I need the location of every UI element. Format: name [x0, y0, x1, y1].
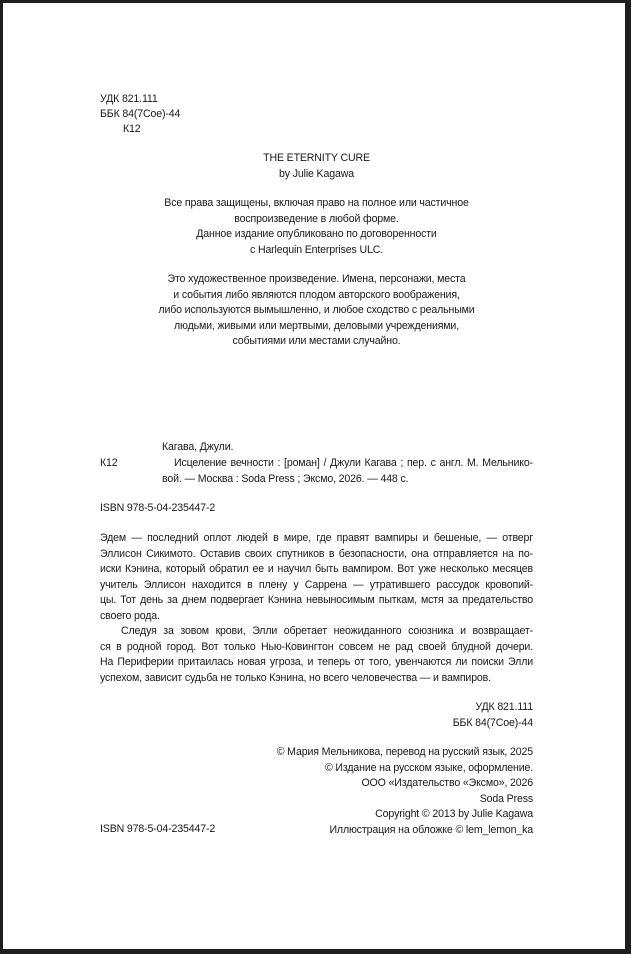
original-title: THE ETERNITY CURE [100, 151, 533, 167]
bbk-code: ББК 84(7Сое)-44 [100, 107, 180, 123]
fiction-disclaimer: Это художественное произведение. Имена, … [100, 272, 533, 350]
annotation: Эдем — последний оплот людей в мире, где… [100, 531, 533, 686]
original-author: by Julie Kagawa [100, 167, 533, 183]
rights-notice: Все права защищены, включая право на пол… [100, 196, 533, 258]
bottom-codes: УДК 821.111 ББК 84(7Сое)-44 [100, 700, 533, 731]
author-mark: К12 [123, 122, 141, 138]
catalog-description: Исцеление вечности : [роман] / Джули Каг… [162, 456, 533, 487]
bottom-udk-code: УДК 821.111 [100, 700, 533, 716]
udk-code: УДК 821.111 [100, 92, 158, 108]
bottom-isbn: ISBN 978-5-04-235447-2 [100, 822, 215, 838]
isbn: ISBN 978-5-04-235447-2 [100, 501, 215, 517]
bottom-bbk-code: ББК 84(7Сое)-44 [100, 716, 533, 732]
original-title-block: THE ETERNITY CURE by Julie Kagawa [100, 151, 533, 182]
annotation-paragraph-1: Эдем — последний оплот людей в мире, где… [100, 531, 533, 624]
copyright-page: УДК 821.111 ББК 84(7Сое)-44 К12 THE ETER… [3, 3, 625, 949]
catalog-heading: Кагава, Джули. [162, 440, 233, 456]
catalog-author-mark: К12 [100, 456, 118, 472]
annotation-paragraph-2: Следуя за зовом крови, Элли обретает нео… [100, 624, 533, 686]
